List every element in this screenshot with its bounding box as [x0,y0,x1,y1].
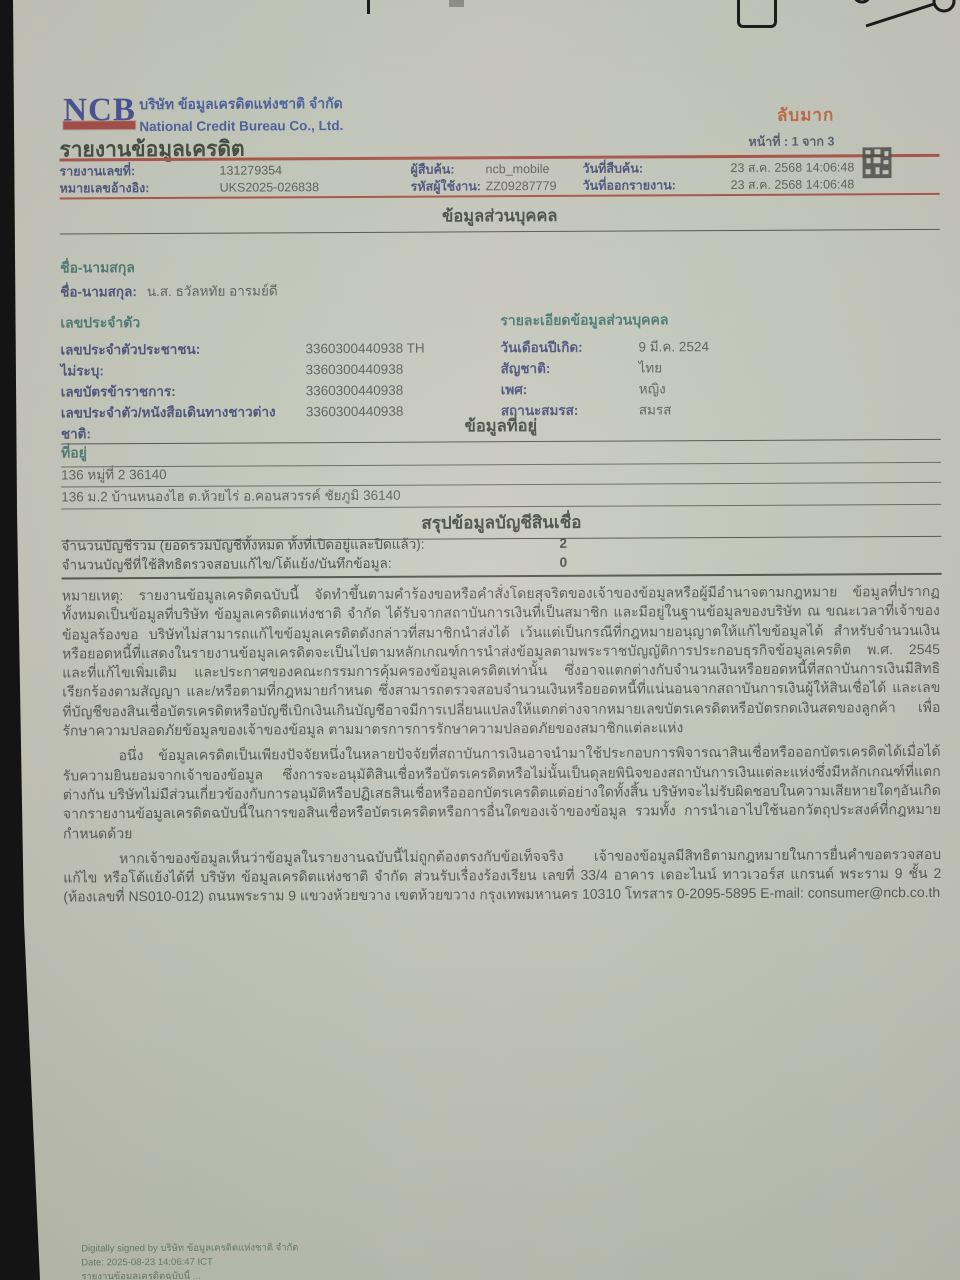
screen-photo: NCB บริษัท ข้อมูลเครดิตแห่งชาติ จำกัด Na… [0,0,960,1280]
section-personal-title: ข้อมูลส่วนบุคคล [60,201,940,235]
digital-signature-footer: Digitally signed by บริษัท ข้อมูลเครดิตแ… [81,1238,945,1280]
qr-code-icon [862,147,891,178]
user-id-value: ZZ09287779 [486,178,583,196]
header-right-block: ลับมาก หน้าที่ : 1 จาก 3 [748,101,834,151]
gender-value: หญิง [639,378,666,399]
id-column-header: เลขประจำตัว [60,310,490,334]
window-outline-icon[interactable] [737,0,777,28]
name-row: ชื่อ-นามสกุล: น.ส. ธวัลหทัย อารมย์ดี [60,280,278,302]
enquiry-date-value: 23 ส.ค. 2568 14:06:48 [730,159,939,177]
ref-no-value: UKS2025-026838 [220,179,411,197]
official-card-value: 3360300440938 [306,380,404,402]
id-row: เลขประจำตัวประชาชน: 3360300440938 TH [60,337,490,360]
total-accounts-label: จำนวนบัญชีรวม (ยอดรวมบัญชีทั้งหมด ทั้งที… [61,534,559,556]
address-row-2: 136 ม.2 บ้านหนองไฮ ต.ห้วยไร่ อ.คอนสวรรค์… [61,483,941,510]
id-row: ไม่ระบุ: 3360300440938 [61,358,491,381]
credit-report-document: NCB บริษัท ข้อมูลเครดิตแห่งชาติ จำกัด Na… [59,0,946,1280]
birthdate-value: 9 มี.ค. 2524 [638,336,709,357]
tab-notch-icon [449,0,464,7]
note-paragraph-3: หากเจ้าของข้อมูลเห็นว่าข้อมูลในรายงานฉบั… [63,845,941,907]
confidential-label: ลับมาก [748,101,834,128]
enquiry-date-label: วันที่สืบค้น: [582,160,730,178]
company-name-block: บริษัท ข้อมูลเครดิตแห่งชาติ จำกัด Nation… [139,93,343,134]
nationality-value: ไทย [639,357,663,378]
issue-date-label: วันที่ออกรายงาน: [583,177,731,195]
disputed-accounts-value: 0 [560,553,568,572]
enquirer-value: ncb_mobile [485,161,582,179]
gender-label: เพศ: [501,378,639,400]
detail-column-header: รายละเอียดข้อมูลส่วนบุคคล [500,308,940,332]
summary-table: จำนวนบัญชีรวม (ยอดรวมบัญชีทั้งหมด ทั้งที… [61,532,941,580]
report-no-value: 131279354 [219,162,410,180]
issue-date-value: 23 ส.ค. 2568 14:06:48 [731,176,940,194]
total-accounts-value: 2 [559,534,567,553]
nationality-label: สัญชาติ: [501,357,639,379]
note-paragraph-2: อนึ่ง ข้อมูลเครดิตเป็นเพียงปัจจัยหนึ่งใน… [63,742,941,843]
detail-row: วันเดือนปีเกิด: 9 มี.ค. 2524 [500,335,940,358]
name-column-header: ชื่อ-นามสกุล [60,257,135,279]
name-label: ชื่อ-นามสกุล: [60,281,137,302]
citizen-id-label: เลขประจำตัวประชาชน: [60,338,305,360]
enquirer-label: ผู้สืบค้น: [410,161,485,178]
official-card-label: เลขบัตรข้าราชการ: [61,380,306,402]
summary-row: จำนวนบัญชีที่ใช้สิทธิตรวจสอบแก้ไข/โต้แย้… [62,551,942,575]
report-no-label: รายงานเลขที่: [59,163,219,181]
ref-no-label: หมายเลขอ้างอิง: [60,180,220,198]
detail-row: เพศ: หญิง [501,377,941,400]
birthdate-label: วันเดือนปีเกิด: [500,336,638,358]
unspecified-id-value: 3360300440938 [306,359,404,381]
device-bezel [0,0,46,1280]
ncb-logo-text: NCB [63,92,136,128]
company-name-th: บริษัท ข้อมูลเครดิตแห่งชาติ จำกัด [139,93,343,116]
report-info-table: รายงานเลขที่: 131279354 ผู้สืบค้น: ncb_m… [59,159,939,198]
text-cursor-bar-icon [367,0,370,14]
notes-block: หมายเหตุ: รายงานข้อมูลเครดิตฉบับนี้ จัดท… [62,582,942,907]
report-title: รายงานข้อมูลเครดิต [59,133,244,167]
unspecified-id-label: ไม่ระบุ: [61,359,306,381]
ncb-logo: NCB [63,94,136,129]
app-chrome [0,0,960,34]
personal-detail-column: รายละเอียดข้อมูลส่วนบุคคล วันเดือนปีเกิด… [500,308,941,421]
note-paragraph-1: หมายเหตุ: รายงานข้อมูลเครดิตฉบับนี้ จัดท… [62,582,941,741]
share-icon[interactable] [848,0,960,32]
user-id-label: รหัสผู้ใช้งาน: [411,178,486,195]
disputed-accounts-label: จำนวนบัญชีที่ใช้สิทธิตรวจสอบแก้ไข/โต้แย้… [62,553,560,575]
citizen-id-value: 3360300440938 TH [305,338,424,360]
id-row: เลขบัตรข้าราชการ: 3360300440938 [61,379,491,402]
page-number: หน้าที่ : 1 จาก 3 [748,131,834,151]
name-value: น.ส. ธวัลหทัย อารมย์ดี [147,280,278,302]
detail-row: สัญชาติ: ไทย [501,356,941,379]
